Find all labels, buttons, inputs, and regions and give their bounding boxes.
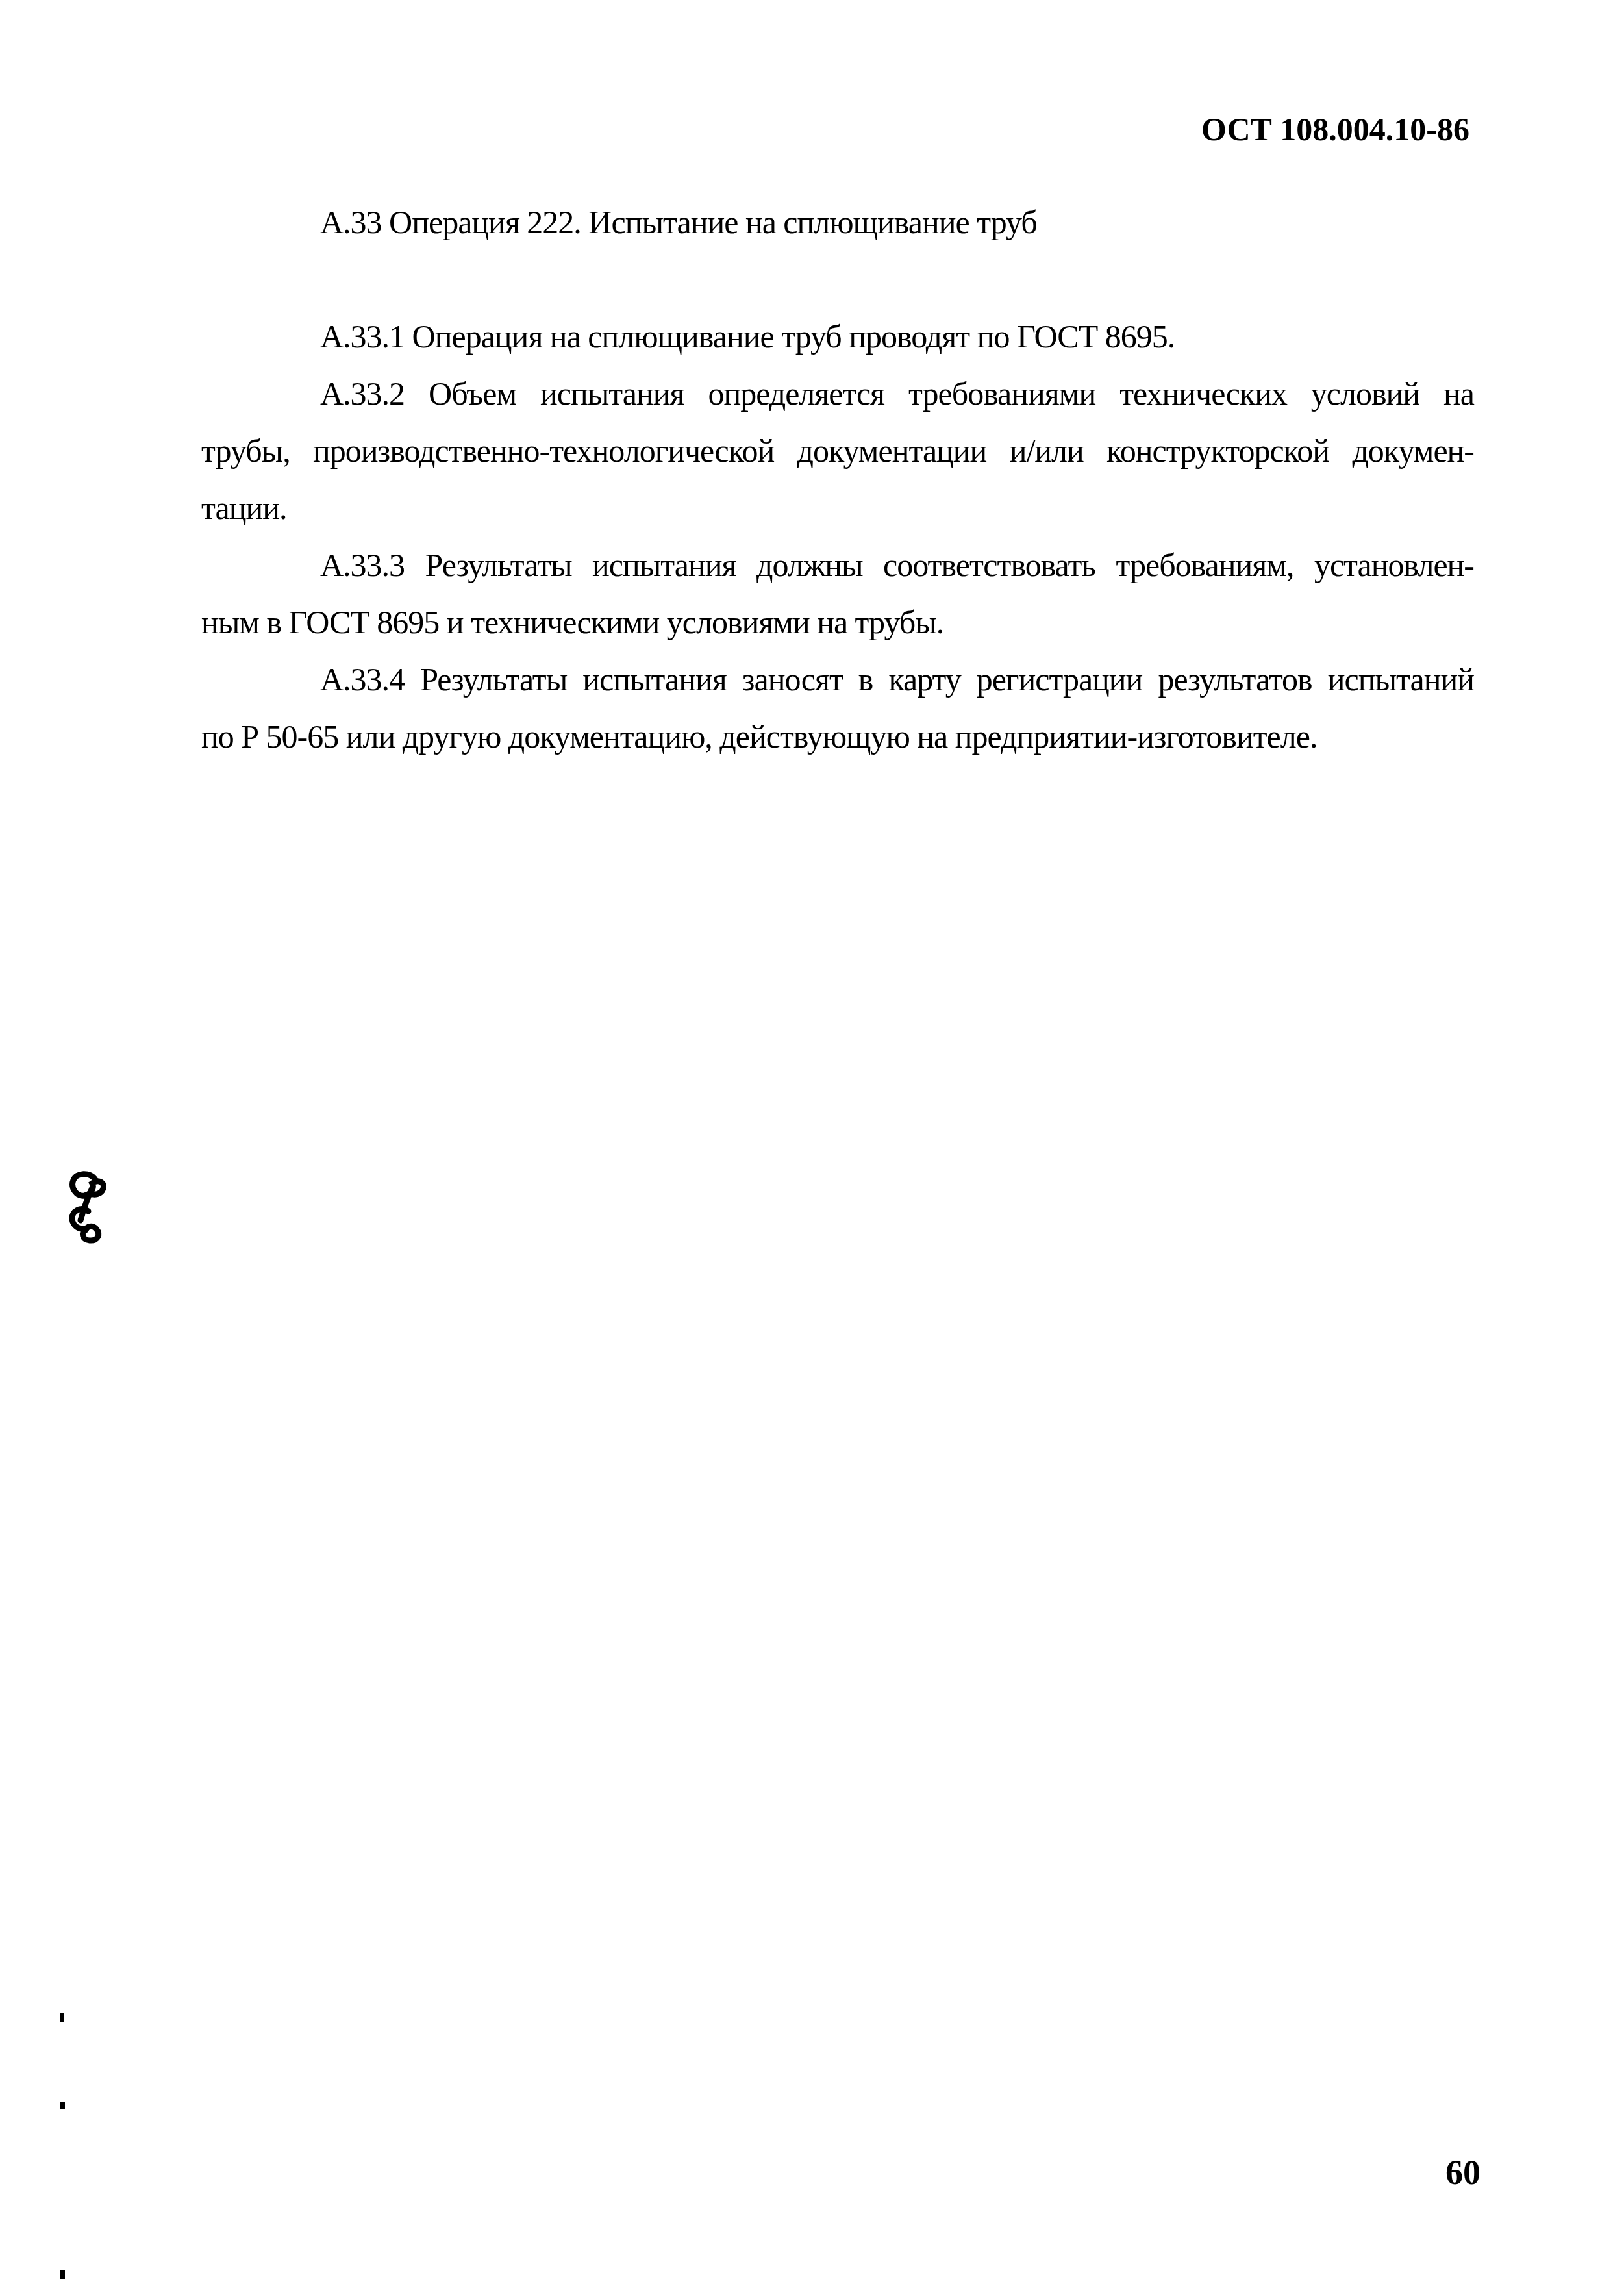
paragraph-line: трубы, производственно-технологической д… [201,422,1474,479]
scan-artifact-speck [60,2270,65,2279]
paragraph-a33-1: А.33.1 Операция на сплющивание труб пров… [201,308,1474,365]
paragraph-line: ным в ГОСТ 8695 и техническими условиями… [201,594,1474,651]
scanned-document-page: ОСТ 108.004.10-86 А.33 Операция 222. Исп… [0,0,1624,2288]
paragraph-line: А.33.3 Результаты испытания должны соотв… [201,536,1474,594]
document-code-header: ОСТ 108.004.10-86 [1201,110,1469,148]
paragraph-a33-4: А.33.4 Результаты испытания заносят в ка… [201,651,1474,765]
paragraph-line: А.33.2 Объем испытания определяется треб… [201,365,1474,422]
paragraph-line: А.33.4 Результаты испытания заносят в ка… [201,651,1474,708]
paragraph-a33-2: А.33.2 Объем испытания определяется треб… [201,365,1474,536]
document-body: А.33 Операция 222. Испытание на сплющива… [201,194,1474,765]
paragraph-a33-3: А.33.3 Результаты испытания должны соотв… [201,536,1474,651]
section-title: А.33 Операция 222. Испытание на сплющива… [201,194,1474,251]
handwritten-ink-mark-icon [66,1171,109,1246]
paragraph-line: тации. [201,479,1474,536]
paragraph-line: по Р 50-65 или другую документацию, дейс… [201,708,1474,765]
paragraph-line: А.33.1 Операция на сплющивание труб пров… [201,308,1474,365]
scan-artifact-speck [60,2102,65,2109]
scan-artifact-speck [60,2013,64,2022]
page-number: 60 [1445,2155,1480,2190]
